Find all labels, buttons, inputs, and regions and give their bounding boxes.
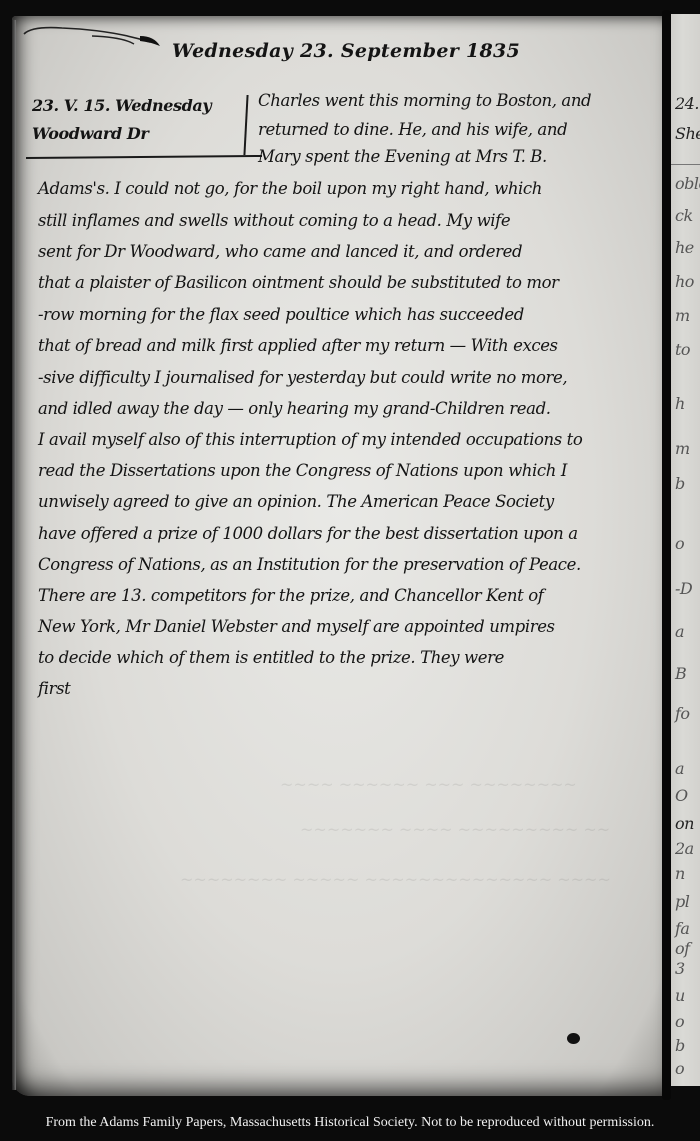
facing-page-fragment: h bbox=[675, 394, 685, 413]
page-binding-edge bbox=[12, 20, 16, 1090]
margin-note: 23. V. 15. Wednesday Woodward Dr bbox=[32, 92, 232, 148]
body-line: still inflames and swells without coming… bbox=[38, 213, 510, 230]
body-line: and idled away the day — only hearing my… bbox=[38, 401, 551, 418]
facing-page-rule bbox=[671, 164, 700, 165]
body-line: unwisely agreed to give an opinion. The … bbox=[38, 494, 554, 511]
facing-page-edge: 24. V Shea oble ck he ho m to h m b o -D… bbox=[671, 14, 700, 1086]
book-gutter bbox=[662, 10, 671, 1100]
facing-page-fragment: O bbox=[675, 786, 688, 805]
facing-page-fragment: a bbox=[675, 622, 684, 641]
body-line: -row morning for the flax seed poultice … bbox=[38, 307, 524, 324]
facing-page-fragment: of bbox=[675, 939, 690, 958]
body-line: Congress of Nations, as an Institution f… bbox=[38, 557, 581, 574]
facing-page-fragment: -D bbox=[675, 579, 692, 598]
body-line: Charles went this morning to Boston, and bbox=[258, 93, 591, 110]
body-line: to decide which of them is entitled to t… bbox=[38, 650, 504, 667]
body-line: Mary spent the Evening at Mrs T. B. bbox=[258, 149, 547, 166]
ink-blot bbox=[567, 1033, 580, 1044]
body-line: Adams's. I could not go, for the boil up… bbox=[38, 181, 542, 198]
margin-note-keyword: Woodward Dr bbox=[32, 120, 232, 148]
facing-page-fragment: Shea bbox=[675, 124, 700, 143]
facing-page-fragment: 24. V bbox=[675, 94, 700, 113]
facing-page-fragment: b bbox=[675, 1036, 685, 1055]
facing-page-fragment: m bbox=[675, 439, 690, 458]
body-line: sent for Dr Woodward, who came and lance… bbox=[38, 244, 522, 261]
facing-page-fragment: oble bbox=[675, 174, 700, 193]
facing-page-fragment: fo bbox=[675, 704, 690, 723]
facing-page-fragment: 3 bbox=[675, 959, 685, 978]
facing-page-fragment: fa bbox=[675, 919, 689, 938]
body-line: -sive difficulty I journalised for yeste… bbox=[38, 370, 567, 387]
scan-viewer: Wednesday 23. September 1835 23. V. 15. … bbox=[0, 0, 700, 1141]
facing-page-fragment: m bbox=[675, 306, 690, 325]
facing-page-fragment: to bbox=[675, 340, 690, 359]
facing-page-fragment: he bbox=[675, 238, 694, 257]
facing-page-fragment: o bbox=[675, 534, 684, 553]
body-line: New York, Mr Daniel Webster and myself a… bbox=[38, 619, 555, 636]
facing-page-fragment: o bbox=[675, 1059, 684, 1078]
body-line: that of bread and milk first applied aft… bbox=[38, 338, 558, 355]
body-line: I avail myself also of this interruption… bbox=[38, 432, 582, 449]
facing-page-fragment: ho bbox=[675, 272, 694, 291]
body-line: first bbox=[38, 681, 70, 698]
facing-page-fragment: a bbox=[675, 759, 684, 778]
facing-page-fragment: pl bbox=[675, 892, 689, 911]
facing-page-fragment: o bbox=[675, 1012, 684, 1031]
show-through-text: ~~~~ ~~~~~~ ~~~ ~~~~~~~~ bbox=[280, 775, 577, 794]
facing-page-fragment: n bbox=[675, 864, 685, 883]
body-line: read the Dissertations upon the Congress… bbox=[38, 463, 567, 480]
body-line: There are 13. competitors for the prize,… bbox=[38, 588, 543, 605]
copyright-notice: From the Adams Family Papers, Massachuse… bbox=[0, 1115, 700, 1131]
facing-page-fragment: 2a bbox=[675, 839, 694, 858]
margin-note-date: 23. V. 15. Wednesday bbox=[32, 92, 232, 120]
pen-flourish-icon bbox=[22, 22, 162, 52]
facing-page-fragment: b bbox=[675, 474, 685, 493]
show-through-text: ~~~~~~~~ ~~~~~ ~~~~~~~~~~~~~~ ~~~~ bbox=[180, 870, 611, 889]
body-line: returned to dine. He, and his wife, and bbox=[258, 122, 567, 139]
facing-page-fragment: u bbox=[675, 986, 685, 1005]
facing-page-fragment: ck bbox=[675, 206, 693, 225]
facing-page-fragment: on bbox=[675, 814, 694, 833]
show-through-text: ~~~~~~~ ~~~~ ~~~~~~~~~ ~~ bbox=[300, 820, 610, 839]
body-line: that a plaister of Basilicon ointment sh… bbox=[38, 275, 559, 292]
entry-date-heading: Wednesday 23. September 1835 bbox=[172, 40, 520, 62]
facing-page-fragment: B bbox=[675, 664, 686, 683]
body-line: have offered a prize of 1000 dollars for… bbox=[38, 526, 578, 543]
